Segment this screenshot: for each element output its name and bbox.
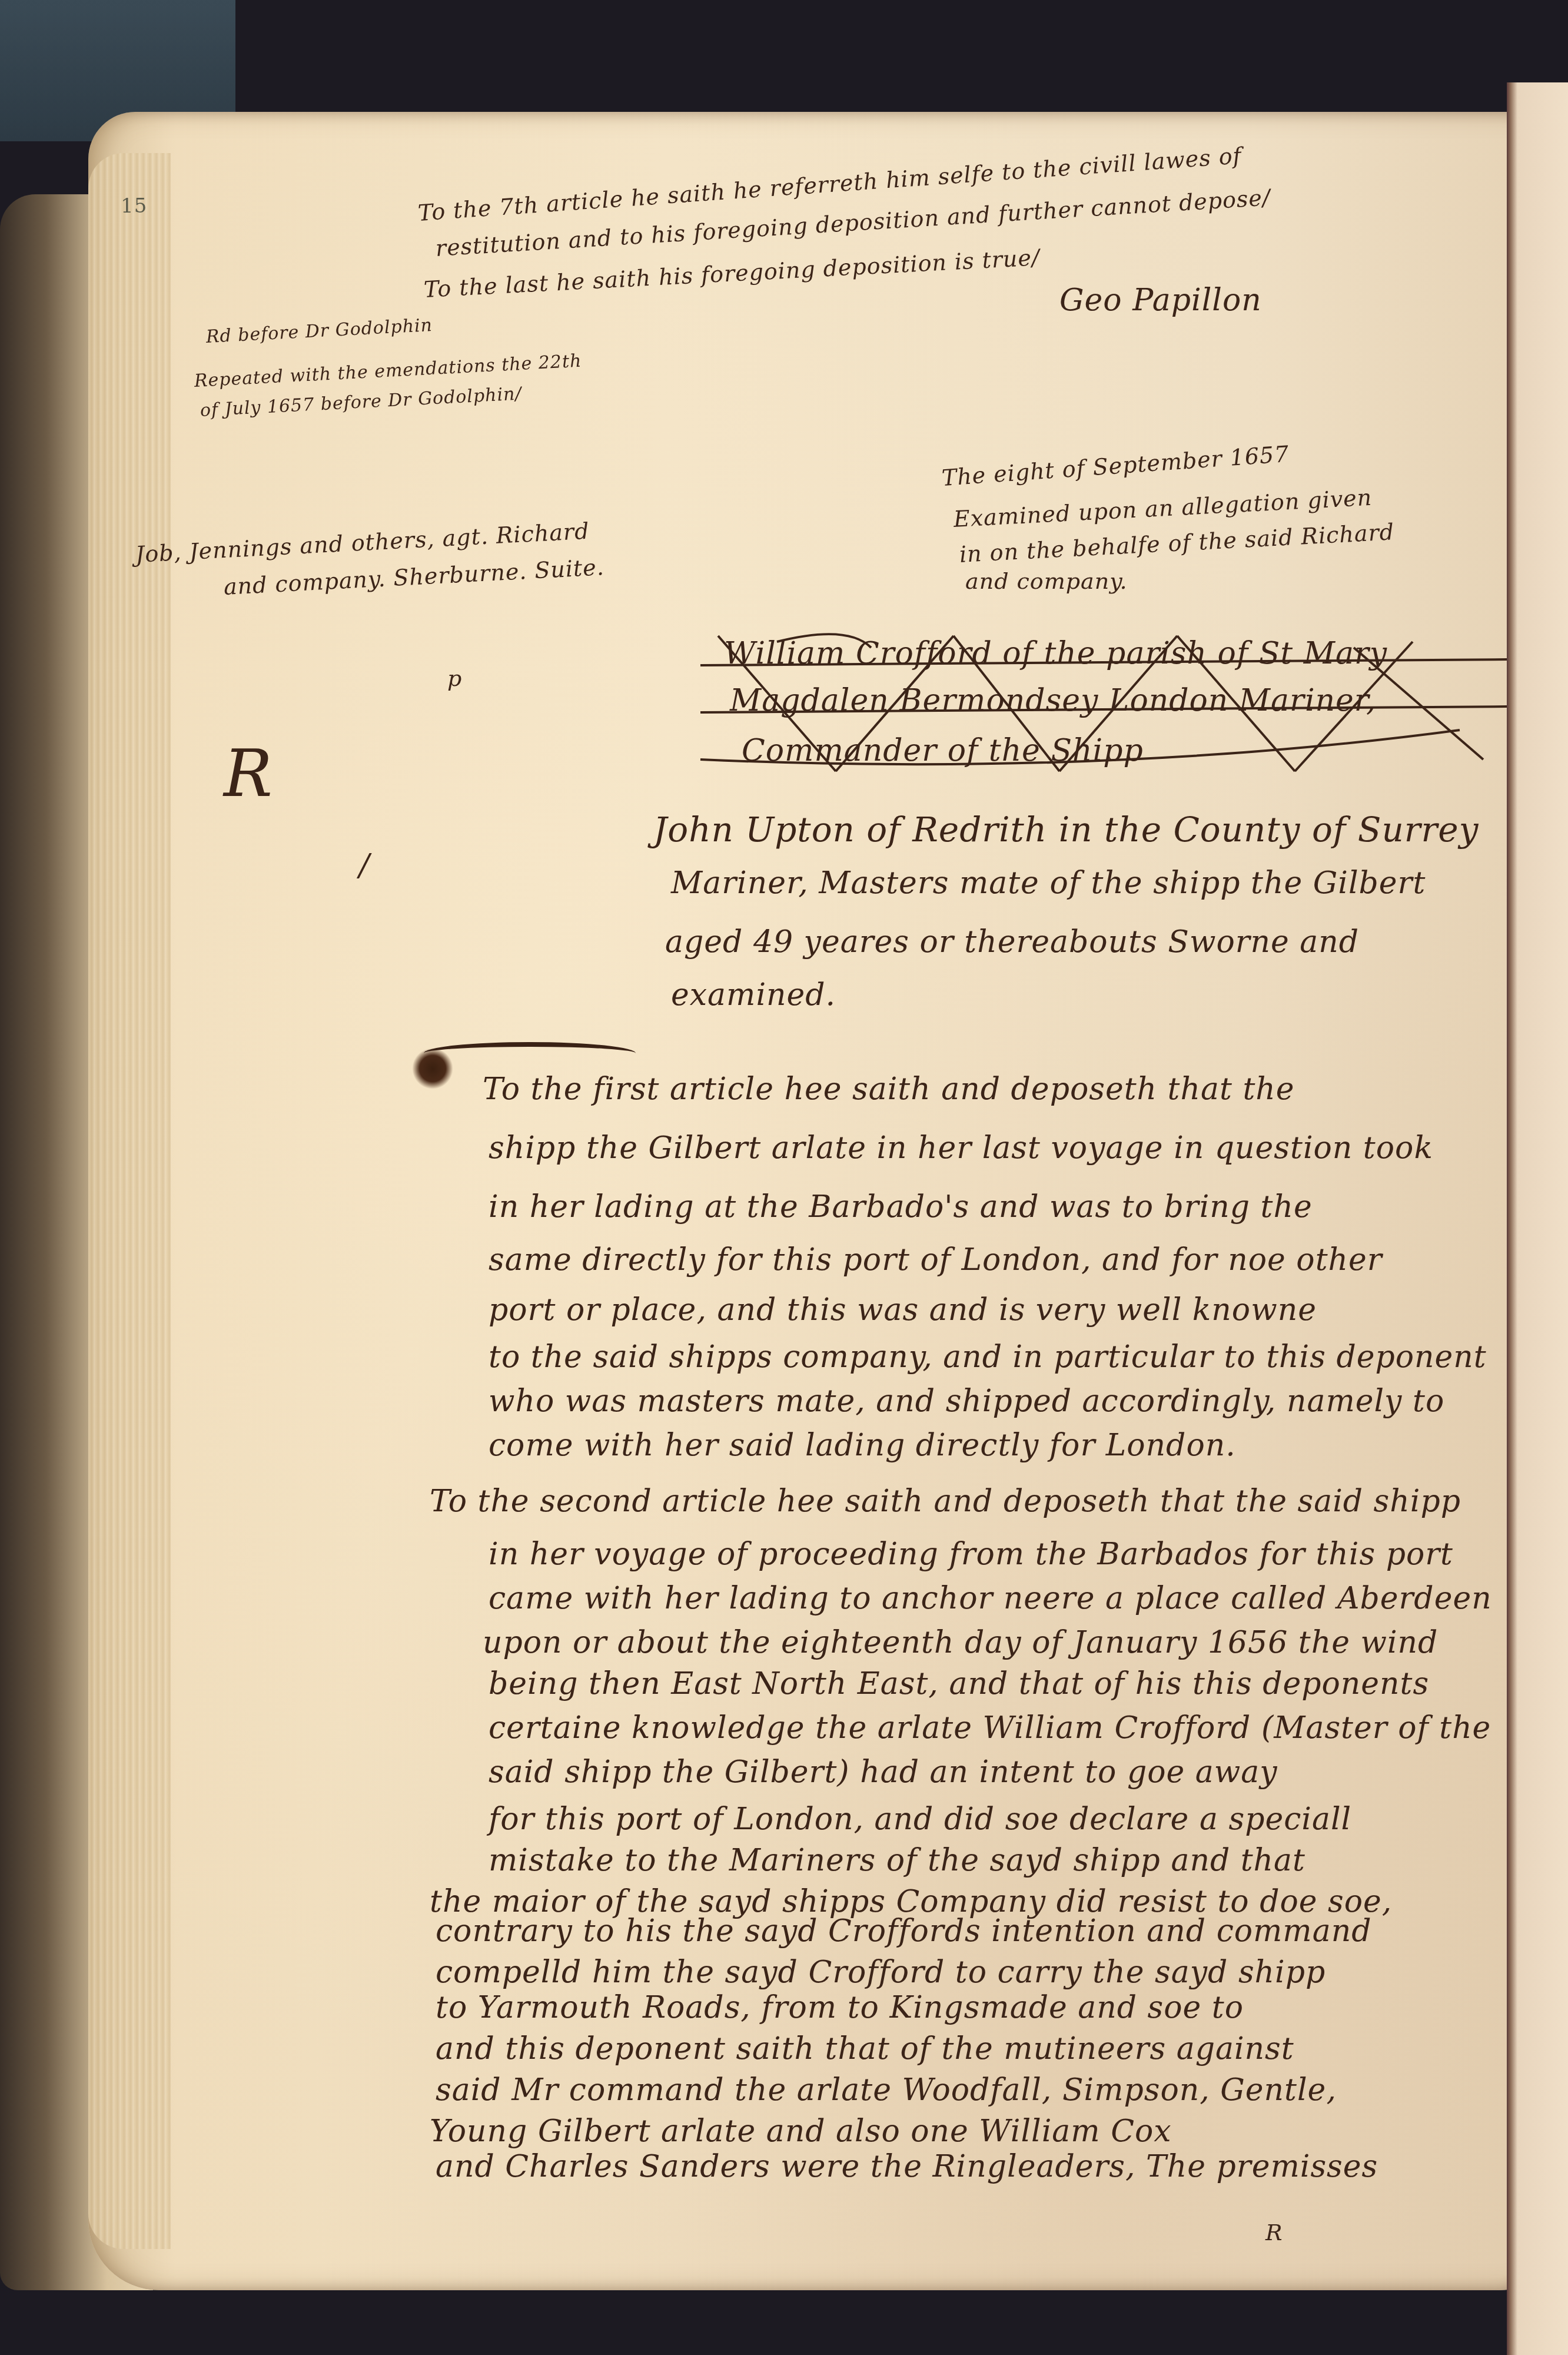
article-2-line-4: upon or about the eighteenth day of Janu… <box>483 1625 1438 1660</box>
margin-mark-p: p <box>447 665 462 691</box>
article-1-line-1: To the first article hee saith and depos… <box>483 1072 1295 1107</box>
article-2-line-8: for this port of London, and did soe dec… <box>489 1802 1351 1837</box>
cross-hatch-strikeout <box>695 624 1530 777</box>
article-1-line-5: port or place, and this was and is very … <box>489 1292 1317 1328</box>
article-2-line-13: to Yarmouth Roads, from to Kingsmade and… <box>436 1990 1244 2025</box>
article-2-line-2: in her voyage of proceeding from the Bar… <box>489 1537 1453 1572</box>
article-1-line-7: who was masters mate, and shipped accord… <box>489 1384 1444 1419</box>
article-2-line-6: certaine knowledge the arlate William Cr… <box>489 1710 1491 1746</box>
exam-heading-line-4: and company. <box>965 568 1128 594</box>
article-2-line-11: contrary to his the sayd Croffords inten… <box>436 1913 1371 1949</box>
article-1-line-6: to the said shipps company, and in parti… <box>489 1339 1487 1375</box>
page-stack-edge <box>88 153 171 2249</box>
witness-line-4: examined. <box>671 977 836 1013</box>
page-end-mark: R <box>1265 2220 1283 2245</box>
folio-number: 15 <box>121 194 147 218</box>
witness-line-2: Mariner, Masters mate of the shipp the G… <box>671 865 1426 901</box>
witness-line-1: John Upton of Redrith in the County of S… <box>653 810 1479 850</box>
article-2-line-12: compelld him the sayd Crofford to carry … <box>436 1955 1326 1990</box>
article-1-line-3: in her lading at the Barbado's and was t… <box>489 1189 1313 1225</box>
article-2-line-15: said Mr command the arlate Woodfall, Sim… <box>436 2072 1337 2108</box>
article-1-line-8: come with her said lading directly for L… <box>489 1428 1236 1463</box>
witness-line-3: aged 49 yeares or thereabouts Sworne and <box>665 924 1359 960</box>
article-2-line-5: being then East North East, and that of … <box>489 1666 1429 1701</box>
article-2-line-16: Young Gilbert arlate and also one Willia… <box>430 2114 1172 2149</box>
article-2-line-3: came with her lading to anchor neere a p… <box>489 1581 1492 1616</box>
article-1-line-4: same directly for this port of London, a… <box>489 1242 1383 1278</box>
margin-mark-R: R <box>224 736 273 811</box>
article-2-line-14: and this deponent saith that of the muti… <box>436 2031 1294 2067</box>
article-2-line-9: mistake to the Mariners of the sayd ship… <box>489 1843 1305 1878</box>
article-2-line-17: and Charles Sanders were the Ringleaders… <box>436 2149 1378 2184</box>
article-2-line-7: said shipp the Gilbert) had an intent to… <box>489 1754 1278 1790</box>
capital-flourish <box>424 1042 636 1064</box>
margin-mark-slash: / <box>359 848 370 883</box>
facing-page-edge <box>1507 82 1568 2355</box>
signature-papillon: Geo Papillon <box>1059 283 1262 318</box>
article-1-line-2: shipp the Gilbert arlate in her last voy… <box>489 1130 1433 1166</box>
article-2-line-1: To the second article hee saith and depo… <box>430 1484 1461 1519</box>
